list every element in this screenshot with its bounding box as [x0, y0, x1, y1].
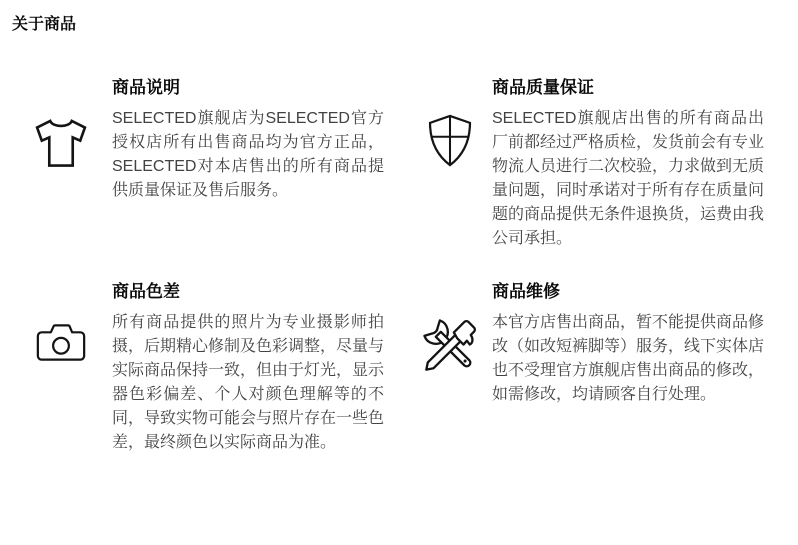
section-body-text: 本官方店售出商品，暂不能提供商品修改（如改短裤脚等）服务，线下实体店也不受理官方…	[492, 311, 764, 407]
icon-column	[408, 281, 492, 374]
section-title: 商品质量保证	[492, 77, 788, 99]
shield-cross-icon	[424, 112, 476, 169]
section-title: 商品维修	[492, 281, 788, 303]
section-title: 商品色差	[112, 281, 390, 303]
section-body-text: SELECTED旗舰店出售的所有商品出厂前都经过严格质检，发货前会有专业物流人员…	[492, 107, 764, 251]
camera-icon	[36, 323, 86, 362]
icon-column	[10, 77, 112, 173]
text-column: 商品维修 本官方店售出商品，暂不能提供商品修改（如改短裤脚等）服务，线下实体店也…	[492, 281, 788, 407]
section-body-text: 所有商品提供的照片为专业摄影师拍摄，后期精心修制及色彩调整，尽量与实际商品保持一…	[112, 311, 384, 455]
section-repair: 商品维修 本官方店售出商品，暂不能提供商品修改（如改短裤脚等）服务，线下实体店也…	[408, 281, 788, 455]
tshirt-icon	[31, 113, 91, 173]
wrench-hammer-icon	[422, 318, 478, 374]
section-body-text: SELECTED旗舰店为SELECTED官方授权店所有出售商品均为官方正品，SE…	[112, 107, 384, 203]
icon-column	[408, 77, 492, 169]
icon-column	[10, 281, 112, 362]
text-column: 商品质量保证 SELECTED旗舰店出售的所有商品出厂前都经过严格质检，发货前会…	[492, 77, 788, 251]
about-product-grid: 商品说明 SELECTED旗舰店为SELECTED官方授权店所有出售商品均为官方…	[0, 77, 798, 455]
section-color-difference: 商品色差 所有商品提供的照片为专业摄影师拍摄，后期精心修制及色彩调整，尽量与实际…	[10, 281, 390, 455]
section-title: 商品说明	[112, 77, 390, 99]
text-column: 商品色差 所有商品提供的照片为专业摄影师拍摄，后期精心修制及色彩调整，尽量与实际…	[112, 281, 390, 455]
page-title: 关于商品	[12, 15, 798, 35]
section-product-description: 商品说明 SELECTED旗舰店为SELECTED官方授权店所有出售商品均为官方…	[10, 77, 390, 251]
text-column: 商品说明 SELECTED旗舰店为SELECTED官方授权店所有出售商品均为官方…	[112, 77, 390, 203]
section-quality-guarantee: 商品质量保证 SELECTED旗舰店出售的所有商品出厂前都经过严格质检，发货前会…	[408, 77, 788, 251]
